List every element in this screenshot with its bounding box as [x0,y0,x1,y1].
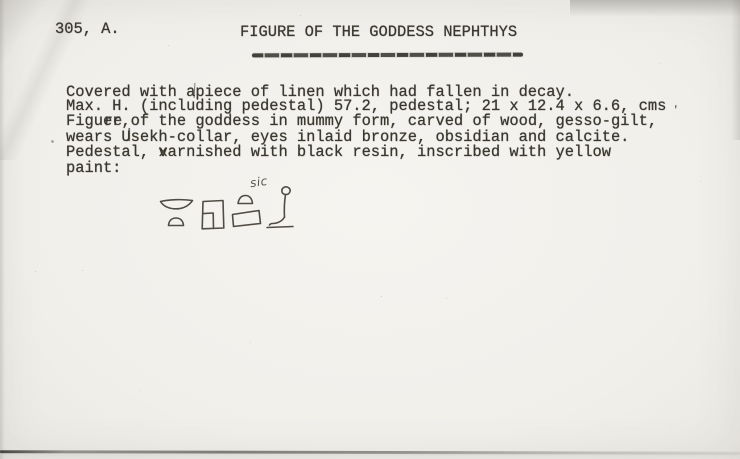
overtyped-letter-u: U| [121,130,130,146]
title-underline [252,53,523,58]
overtype-top: re [104,114,122,130]
hieroglyph-hwt-enclosure-icon [202,201,224,229]
overtype-top: x [159,145,168,161]
overtyped-letter-v: vx [158,145,167,161]
hieroglyph-seated-figure-icon [267,187,293,228]
line6-text: paint: [66,159,121,177]
paper-edge-right [731,0,740,140]
hieroglyph-neb-basket-icon [161,200,193,209]
hieroglyph-inscription [156,174,306,236]
page-title: FIGURE OF THE GODDESS NEPHTHYS [240,23,517,41]
text-line-5: Pedestal, vxarnished with black resin, i… [66,145,731,161]
overtyped-letters: erre [103,114,121,130]
scan-speckles [0,0,1,1]
description-text: Covered with apiece of linen which had f… [66,83,731,177]
catalog-number: 305, A. [55,20,120,38]
hieroglyph-low-block-icon [233,211,261,227]
hieroglyph-t-loaf-icon [169,218,184,226]
card-bottom-shadow [0,453,740,459]
overtype-top: | [125,128,133,144]
handwritten-comma: , [672,95,680,111]
line5-post: arnished with black resin, inscribed wit… [168,143,611,161]
paper-shadow-top-right [570,0,740,20]
hieroglyph-t-loaf2-icon [238,196,253,204]
paper-edge-left [0,0,5,459]
scanned-catalog-card: 305, A. FIGURE OF THE GODDESS NEPHTHYS C… [0,0,740,459]
